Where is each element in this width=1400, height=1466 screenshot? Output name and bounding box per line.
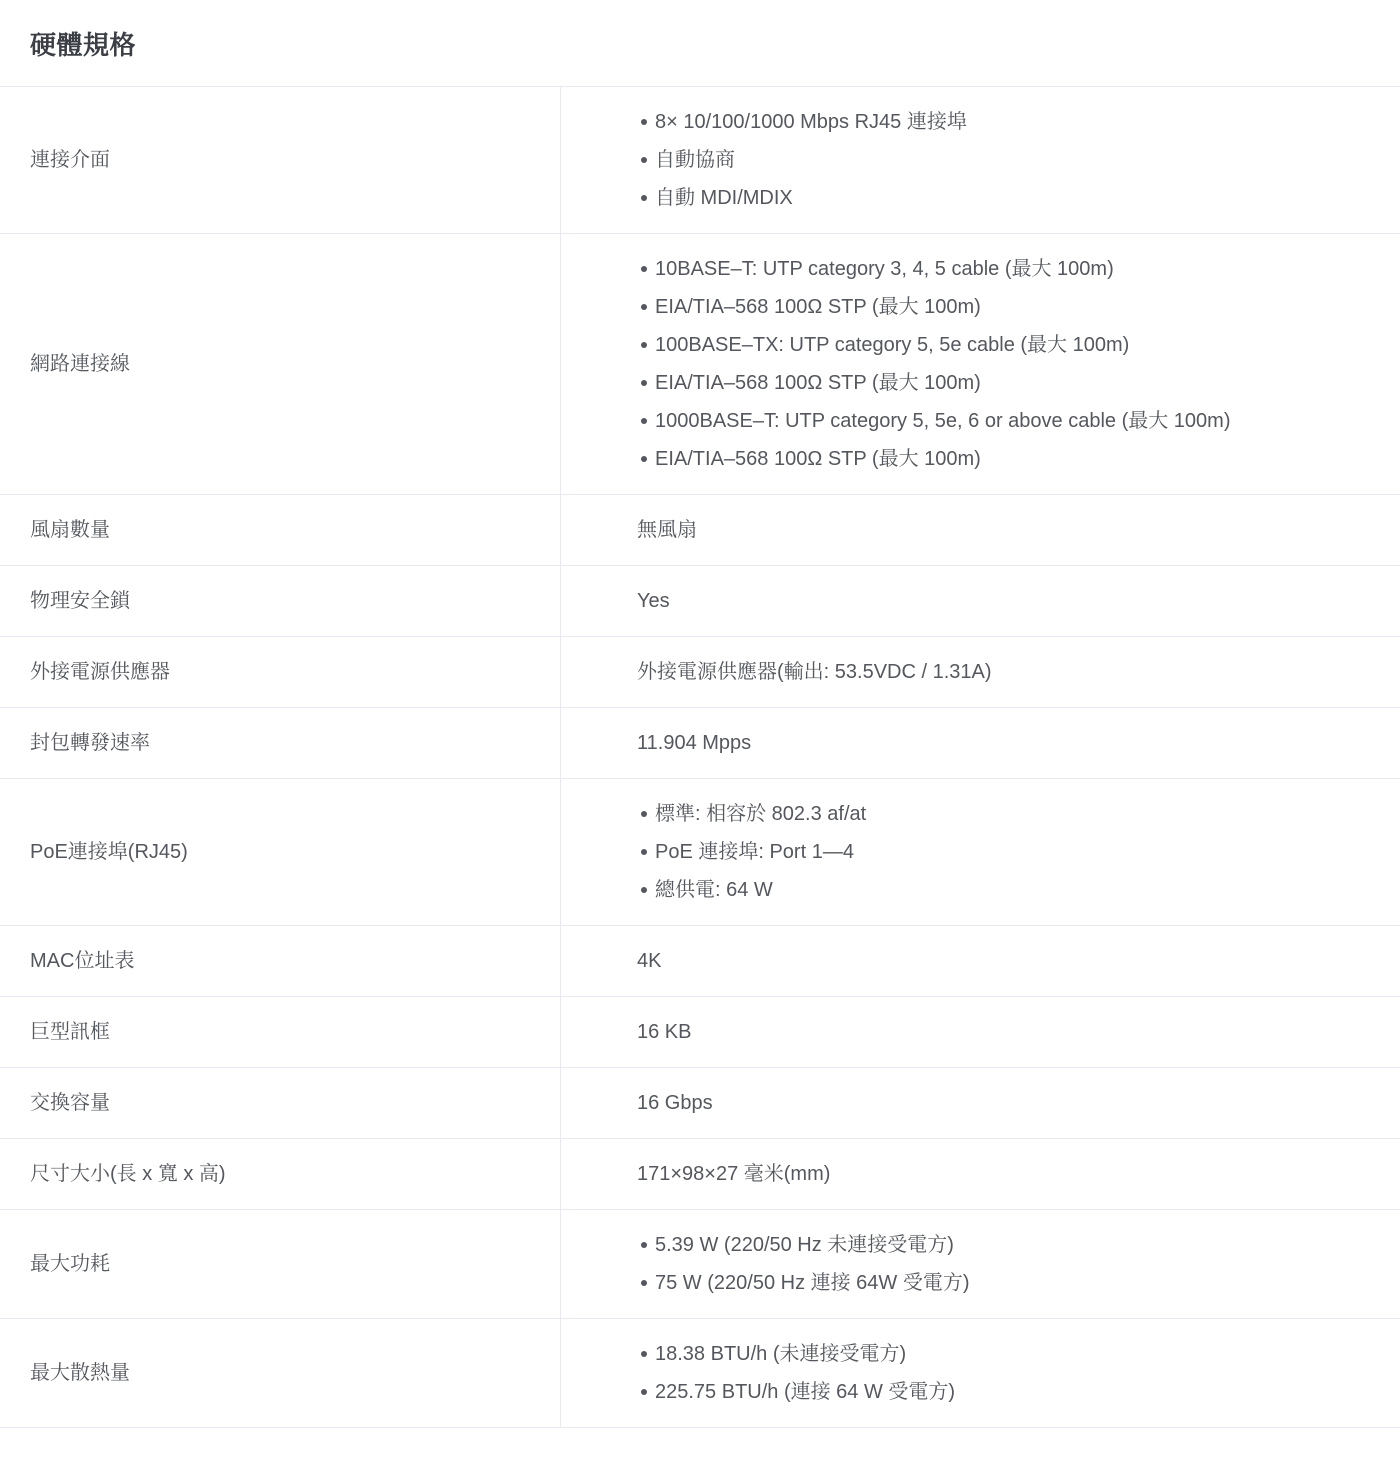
spec-value-item: 225.75 BTU/h (連接 64 W 受電方): [637, 1373, 1380, 1411]
spec-value-item: 10BASE–T: UTP category 3, 4, 5 cable (最大…: [637, 250, 1380, 288]
spec-row: PoE連接埠(RJ45)標準: 相容於 802.3 af/atPoE 連接埠: …: [0, 778, 1400, 925]
page-title: 硬體規格: [30, 25, 136, 62]
spec-value: 外接電源供應器(輸出: 53.5VDC / 1.31A): [560, 637, 1400, 707]
spec-label: 尺寸大小(長 x 寬 x 高): [0, 1139, 560, 1209]
spec-label: 封包轉發速率: [0, 708, 560, 778]
spec-row: 巨型訊框16 KB: [0, 996, 1400, 1067]
spec-row: 連接介面8× 10/100/1000 Mbps RJ45 連接埠自動協商自動 M…: [0, 87, 1400, 233]
spec-row: 物理安全鎖Yes: [0, 565, 1400, 636]
spec-row: 最大功耗5.39 W (220/50 Hz 未連接受電方)75 W (220/5…: [0, 1209, 1400, 1318]
spec-label: 交換容量: [0, 1068, 560, 1138]
spec-value-item: 自動協商: [637, 141, 1380, 179]
spec-label: 外接電源供應器: [0, 637, 560, 707]
spec-value: 標準: 相容於 802.3 af/atPoE 連接埠: Port 1—4總供電:…: [560, 779, 1400, 925]
spec-row: 外接電源供應器外接電源供應器(輸出: 53.5VDC / 1.31A): [0, 636, 1400, 707]
spec-value: 16 Gbps: [560, 1068, 1400, 1138]
spec-row: 風扇數量無風扇: [0, 494, 1400, 565]
spec-value: 5.39 W (220/50 Hz 未連接受電方)75 W (220/50 Hz…: [560, 1210, 1400, 1318]
spec-value-item: 8× 10/100/1000 Mbps RJ45 連接埠: [637, 103, 1380, 141]
spec-row: 網路連接線10BASE–T: UTP category 3, 4, 5 cabl…: [0, 233, 1400, 494]
spec-label: 最大功耗: [0, 1229, 560, 1299]
spec-value: 10BASE–T: UTP category 3, 4, 5 cable (最大…: [560, 234, 1400, 494]
spec-label: 巨型訊框: [0, 997, 560, 1067]
spec-label: 風扇數量: [0, 495, 560, 565]
spec-value-list: 標準: 相容於 802.3 af/atPoE 連接埠: Port 1—4總供電:…: [637, 795, 1380, 909]
spec-value-list: 10BASE–T: UTP category 3, 4, 5 cable (最大…: [637, 250, 1380, 478]
spec-value-item: 18.38 BTU/h (未連接受電方): [637, 1335, 1380, 1373]
spec-value-item: PoE 連接埠: Port 1—4: [637, 833, 1380, 871]
spec-value-item: EIA/TIA–568 100Ω STP (最大 100m): [637, 288, 1380, 326]
spec-value-item: 總供電: 64 W: [637, 871, 1380, 909]
spec-value-item: 標準: 相容於 802.3 af/at: [637, 795, 1380, 833]
spec-row: 封包轉發速率11.904 Mpps: [0, 707, 1400, 778]
spec-value: 171×98×27 毫米(mm): [560, 1139, 1400, 1209]
spec-row: 尺寸大小(長 x 寬 x 高)171×98×27 毫米(mm): [0, 1138, 1400, 1209]
spec-value-item: 100BASE–TX: UTP category 5, 5e cable (最大…: [637, 326, 1380, 364]
spec-label: 網路連接線: [0, 329, 560, 399]
spec-value-item: EIA/TIA–568 100Ω STP (最大 100m): [637, 364, 1380, 402]
spec-value-item: EIA/TIA–568 100Ω STP (最大 100m): [637, 440, 1380, 478]
spec-value-list: 18.38 BTU/h (未連接受電方)225.75 BTU/h (連接 64 …: [637, 1335, 1380, 1411]
spec-label: 物理安全鎖: [0, 566, 560, 636]
spec-value: 18.38 BTU/h (未連接受電方)225.75 BTU/h (連接 64 …: [560, 1319, 1400, 1427]
spec-value: 8× 10/100/1000 Mbps RJ45 連接埠自動協商自動 MDI/M…: [560, 87, 1400, 233]
spec-row: MAC位址表4K: [0, 925, 1400, 996]
spec-value: 11.904 Mpps: [560, 708, 1400, 778]
spec-table: 連接介面8× 10/100/1000 Mbps RJ45 連接埠自動協商自動 M…: [0, 86, 1400, 1428]
spec-label: 最大散熱量: [0, 1338, 560, 1408]
spec-value-item: 自動 MDI/MDIX: [637, 179, 1380, 217]
spec-value-list: 8× 10/100/1000 Mbps RJ45 連接埠自動協商自動 MDI/M…: [637, 103, 1380, 217]
spec-label: MAC位址表: [0, 926, 560, 996]
spec-value: 無風扇: [560, 495, 1400, 565]
spec-value-item: 1000BASE–T: UTP category 5, 5e, 6 or abo…: [637, 402, 1380, 440]
spec-row: 交換容量16 Gbps: [0, 1067, 1400, 1138]
section-header: 硬體規格: [0, 0, 1400, 86]
spec-value: 16 KB: [560, 997, 1400, 1067]
spec-value-item: 5.39 W (220/50 Hz 未連接受電方): [637, 1226, 1380, 1264]
spec-value: Yes: [560, 566, 1400, 636]
hardware-spec-page: 硬體規格 連接介面8× 10/100/1000 Mbps RJ45 連接埠自動協…: [0, 0, 1400, 1466]
spec-value-item: 75 W (220/50 Hz 連接 64W 受電方): [637, 1264, 1380, 1302]
spec-row: 最大散熱量18.38 BTU/h (未連接受電方)225.75 BTU/h (連…: [0, 1318, 1400, 1427]
spec-value-list: 5.39 W (220/50 Hz 未連接受電方)75 W (220/50 Hz…: [637, 1226, 1380, 1302]
spec-label: PoE連接埠(RJ45): [0, 817, 560, 887]
spec-value: 4K: [560, 926, 1400, 996]
spec-label: 連接介面: [0, 125, 560, 195]
